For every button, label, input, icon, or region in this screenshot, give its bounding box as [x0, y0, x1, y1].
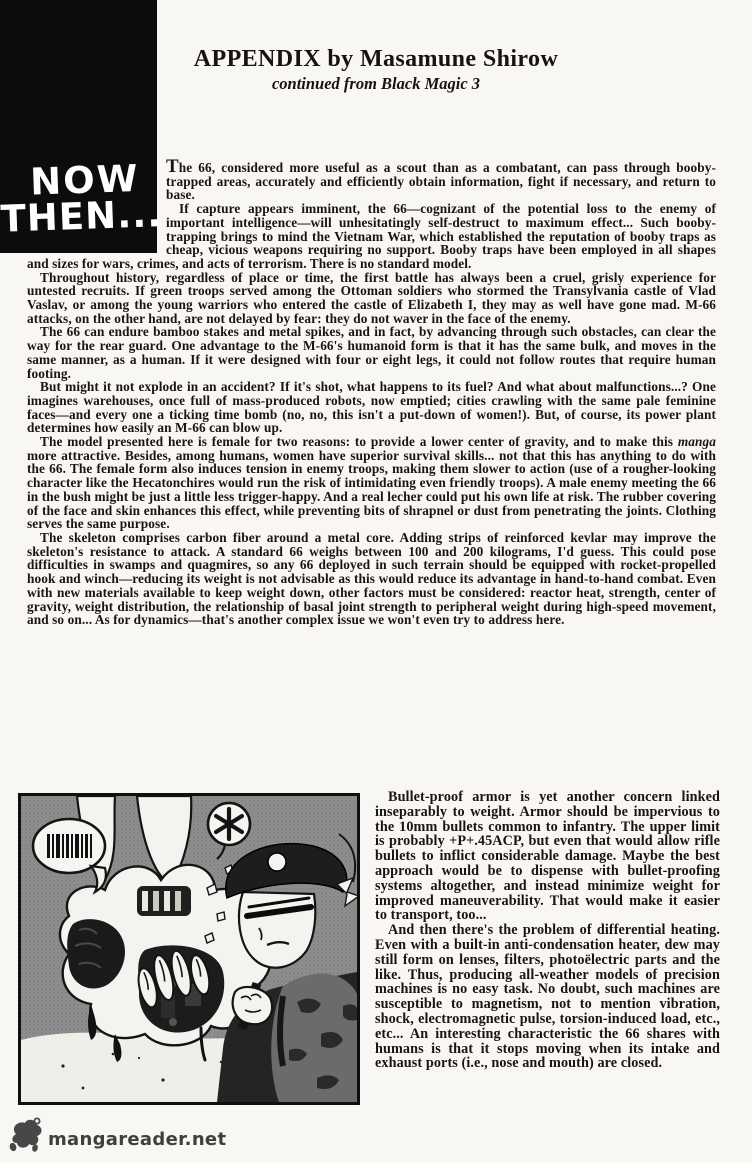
watermark: mangareader.net [6, 1116, 226, 1156]
paragraph: The 66 can endure bamboo stakes and meta… [27, 325, 716, 380]
paragraph: The model presented here is female for t… [27, 435, 716, 531]
manga-appendix-page: NOW THEN... APPENDIX by Masamune Shirow … [0, 0, 752, 1163]
title-block: APPENDIX by Masamune Shirow continued fr… [0, 46, 752, 94]
comic-panel-art [21, 796, 357, 1102]
bottom-text-column: Bullet-proof armor is yet another concer… [375, 790, 720, 1071]
paragraph: And then there's the problem of differen… [375, 923, 720, 1071]
main-article: The 66, considered more useful as a scou… [27, 159, 716, 627]
page-subtitle: continued from Black Magic 3 [0, 74, 752, 94]
paragraph: Throughout history, regardless of place … [27, 271, 716, 326]
paragraph: The skeleton comprises carbon fiber arou… [27, 531, 716, 627]
comic-panel [18, 793, 360, 1105]
mangareader-logo-icon [6, 1116, 46, 1156]
watermark-text: mangareader.net [48, 1129, 226, 1156]
paragraph: But might it not explode in an accident?… [27, 380, 716, 435]
page-title: APPENDIX by Masamune Shirow [0, 46, 752, 73]
text-wrap-spacer [27, 159, 166, 254]
paragraph: Bullet-proof armor is yet another concer… [375, 790, 720, 923]
beret-badge [268, 853, 286, 871]
